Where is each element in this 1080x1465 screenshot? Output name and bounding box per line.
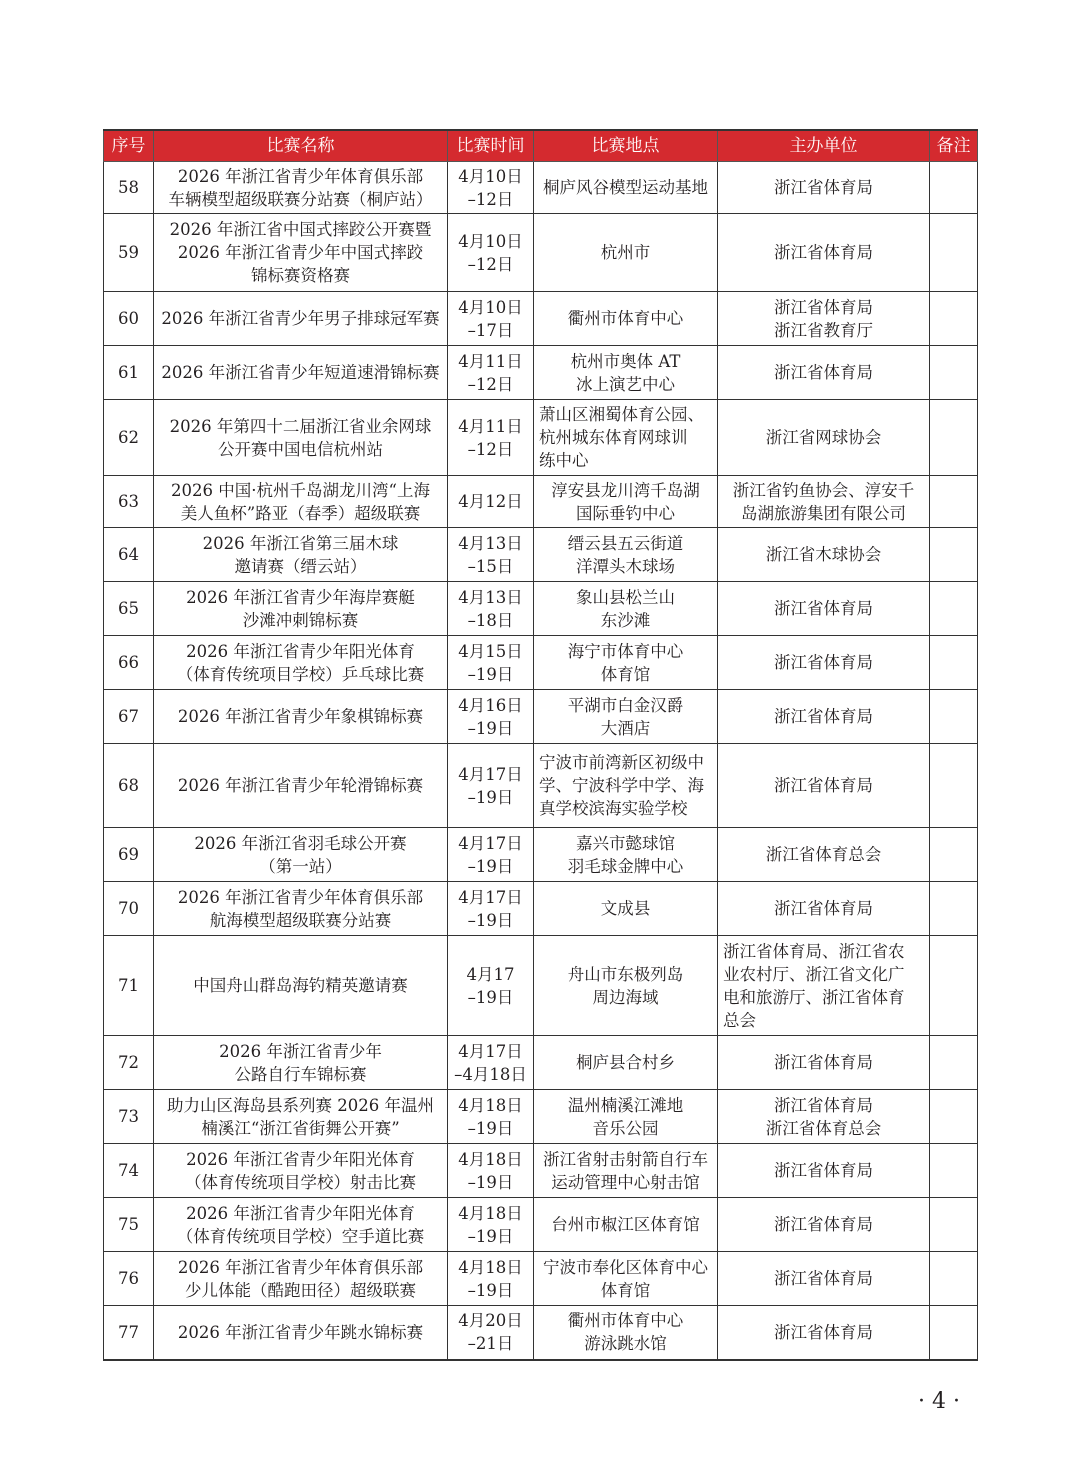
cell-remark [930, 1252, 978, 1306]
cell-time: 4月20日 –21日 [448, 1306, 534, 1360]
cell-no: 67 [104, 690, 154, 744]
cell-location: 衢州市体育中心 游泳跳水馆 [534, 1306, 718, 1360]
cell-location: 象山县松兰山 东沙滩 [534, 582, 718, 636]
cell-time: 4月17日 –19日 [448, 882, 534, 936]
cell-organizer: 浙江省体育局 浙江省教育厅 [718, 292, 930, 346]
cell-no: 76 [104, 1252, 154, 1306]
cell-name: 2026 年浙江省青少年体育俱乐部 车辆模型超级联赛分站赛（桐庐站） [154, 162, 448, 214]
cell-location: 淳安县龙川湾千岛湖 国际垂钓中心 [534, 476, 718, 528]
cell-name: 2026 年浙江省青少年阳光体育 （体育传统项目学校）乒乓球比赛 [154, 636, 448, 690]
header-remark: 备注 [930, 130, 978, 162]
table-row: 592026 年浙江省中国式摔跤公开赛暨 2026 年浙江省青少年中国式摔跤 锦… [104, 214, 978, 292]
table-row: 612026 年浙江省青少年短道速滑锦标赛4月11日 –12日杭州市奥体 AT … [104, 346, 978, 400]
cell-no: 72 [104, 1036, 154, 1090]
table-body: 582026 年浙江省青少年体育俱乐部 车辆模型超级联赛分站赛（桐庐站）4月10… [104, 162, 978, 1360]
table-row: 672026 年浙江省青少年象棋锦标赛4月16日 –19日平湖市白金汉爵 大酒店… [104, 690, 978, 744]
table-row: 632026 中国·杭州千岛湖龙川湾“上海 美人鱼杯”路亚（春季）超级联赛4月1… [104, 476, 978, 528]
cell-name: 2026 年浙江省青少年体育俱乐部 航海模型超级联赛分站赛 [154, 882, 448, 936]
cell-time: 4月11日 –12日 [448, 346, 534, 400]
cell-location: 宁波市奉化区体育中心 体育馆 [534, 1252, 718, 1306]
cell-no: 71 [104, 936, 154, 1036]
cell-organizer: 浙江省体育局 [718, 1036, 930, 1090]
cell-location: 平湖市白金汉爵 大酒店 [534, 690, 718, 744]
cell-no: 69 [104, 828, 154, 882]
table-row: 652026 年浙江省青少年海岸赛艇 沙滩冲刺锦标赛4月13日 –18日象山县松… [104, 582, 978, 636]
cell-time: 4月10日 –12日 [448, 162, 534, 214]
cell-location: 萧山区湘蜀体育公园、 杭州城东体育网球训 练中心 [534, 400, 718, 476]
cell-name: 2026 年浙江省青少年轮滑锦标赛 [154, 744, 448, 828]
cell-organizer: 浙江省木球协会 [718, 528, 930, 582]
cell-no: 66 [104, 636, 154, 690]
cell-remark [930, 346, 978, 400]
cell-remark [930, 690, 978, 744]
page-number: · 4 · [918, 1389, 960, 1414]
cell-name: 2026 年浙江省青少年跳水锦标赛 [154, 1306, 448, 1360]
cell-name: 2026 年浙江省青少年阳光体育 （体育传统项目学校）射击比赛 [154, 1144, 448, 1198]
cell-time: 4月17日 –4月18日 [448, 1036, 534, 1090]
cell-remark [930, 400, 978, 476]
cell-time: 4月16日 –19日 [448, 690, 534, 744]
cell-remark [930, 292, 978, 346]
cell-no: 65 [104, 582, 154, 636]
cell-remark [930, 828, 978, 882]
cell-organizer: 浙江省体育局 [718, 882, 930, 936]
cell-no: 60 [104, 292, 154, 346]
cell-location: 杭州市奥体 AT 冰上演艺中心 [534, 346, 718, 400]
cell-organizer: 浙江省钓鱼协会、淳安千 岛湖旅游集团有限公司 [718, 476, 930, 528]
cell-name: 2026 年第四十二届浙江省业余网球 公开赛中国电信杭州站 [154, 400, 448, 476]
cell-location: 桐庐县合村乡 [534, 1036, 718, 1090]
table-row: 682026 年浙江省青少年轮滑锦标赛4月17日 –19日宁波市前湾新区初级中 … [104, 744, 978, 828]
cell-no: 77 [104, 1306, 154, 1360]
cell-remark [930, 882, 978, 936]
cell-no: 64 [104, 528, 154, 582]
cell-time: 4月11日 –12日 [448, 400, 534, 476]
cell-name: 2026 年浙江省第三届木球 邀请赛（缙云站） [154, 528, 448, 582]
header-time: 比赛时间 [448, 130, 534, 162]
cell-organizer: 浙江省体育局 [718, 346, 930, 400]
table-row: 752026 年浙江省青少年阳光体育 （体育传统项目学校）空手道比赛4月18日 … [104, 1198, 978, 1252]
competition-schedule-table: 序号 比赛名称 比赛时间 比赛地点 主办单位 备注 582026 年浙江省青少年… [103, 129, 978, 1361]
cell-remark [930, 1198, 978, 1252]
cell-location: 舟山市东极列岛 周边海域 [534, 936, 718, 1036]
table-row: 622026 年第四十二届浙江省业余网球 公开赛中国电信杭州站4月11日 –12… [104, 400, 978, 476]
cell-organizer: 浙江省体育局 [718, 1306, 930, 1360]
cell-no: 61 [104, 346, 154, 400]
cell-time: 4月13日 –18日 [448, 582, 534, 636]
cell-remark [930, 1144, 978, 1198]
cell-location: 浙江省射击射箭自行车 运动管理中心射击馆 [534, 1144, 718, 1198]
cell-organizer: 浙江省体育局 浙江省体育总会 [718, 1090, 930, 1144]
cell-organizer: 浙江省体育局 [718, 214, 930, 292]
table-row: 772026 年浙江省青少年跳水锦标赛4月20日 –21日衢州市体育中心 游泳跳… [104, 1306, 978, 1360]
cell-remark [930, 1036, 978, 1090]
cell-no: 58 [104, 162, 154, 214]
cell-name: 2026 年浙江省青少年象棋锦标赛 [154, 690, 448, 744]
cell-location: 宁波市前湾新区初级中 学、宁波科学中学、海 真学校滨海实验学校 [534, 744, 718, 828]
cell-no: 74 [104, 1144, 154, 1198]
header-name: 比赛名称 [154, 130, 448, 162]
cell-no: 59 [104, 214, 154, 292]
cell-organizer: 浙江省体育局、浙江省农 业农村厅、浙江省文化广 电和旅游厅、浙江省体育 总会 [718, 936, 930, 1036]
cell-name: 2026 年浙江省青少年体育俱乐部 少儿体能（酷跑田径）超级联赛 [154, 1252, 448, 1306]
cell-organizer: 浙江省体育局 [718, 582, 930, 636]
header-location: 比赛地点 [534, 130, 718, 162]
cell-no: 63 [104, 476, 154, 528]
cell-time: 4月15日 –19日 [448, 636, 534, 690]
table-row: 642026 年浙江省第三届木球 邀请赛（缙云站）4月13日 –15日缙云县五云… [104, 528, 978, 582]
table-row: 662026 年浙江省青少年阳光体育 （体育传统项目学校）乒乓球比赛4月15日 … [104, 636, 978, 690]
cell-remark [930, 936, 978, 1036]
cell-name: 助力山区海岛县系列赛 2026 年温州 楠溪江“浙江省街舞公开赛” [154, 1090, 448, 1144]
header-organizer: 主办单位 [718, 130, 930, 162]
header-no: 序号 [104, 130, 154, 162]
table-row: 73助力山区海岛县系列赛 2026 年温州 楠溪江“浙江省街舞公开赛”4月18日… [104, 1090, 978, 1144]
cell-organizer: 浙江省体育局 [718, 1198, 930, 1252]
cell-location: 桐庐风谷模型运动基地 [534, 162, 718, 214]
cell-time: 4月18日 –19日 [448, 1144, 534, 1198]
cell-no: 70 [104, 882, 154, 936]
cell-no: 73 [104, 1090, 154, 1144]
cell-no: 75 [104, 1198, 154, 1252]
cell-name: 2026 年浙江省青少年男子排球冠军赛 [154, 292, 448, 346]
cell-remark [930, 528, 978, 582]
cell-location: 文成县 [534, 882, 718, 936]
cell-time: 4月12日 [448, 476, 534, 528]
cell-organizer: 浙江省网球协会 [718, 400, 930, 476]
table-header-row: 序号 比赛名称 比赛时间 比赛地点 主办单位 备注 [104, 130, 978, 162]
cell-time: 4月18日 –19日 [448, 1090, 534, 1144]
cell-time: 4月17日 –19日 [448, 828, 534, 882]
table-row: 602026 年浙江省青少年男子排球冠军赛4月10日 –17日衢州市体育中心浙江… [104, 292, 978, 346]
cell-name: 2026 年浙江省青少年 公路自行车锦标赛 [154, 1036, 448, 1090]
cell-no: 62 [104, 400, 154, 476]
cell-organizer: 浙江省体育局 [718, 744, 930, 828]
table-row: 762026 年浙江省青少年体育俱乐部 少儿体能（酷跑田径）超级联赛4月18日 … [104, 1252, 978, 1306]
cell-time: 4月10日 –12日 [448, 214, 534, 292]
cell-organizer: 浙江省体育局 [718, 1252, 930, 1306]
cell-time: 4月13日 –15日 [448, 528, 534, 582]
cell-name: 中国舟山群岛海钓精英邀请赛 [154, 936, 448, 1036]
cell-name: 2026 年浙江省青少年海岸赛艇 沙滩冲刺锦标赛 [154, 582, 448, 636]
cell-location: 海宁市体育中心 体育馆 [534, 636, 718, 690]
cell-name: 2026 年浙江省青少年短道速滑锦标赛 [154, 346, 448, 400]
cell-location: 台州市椒江区体育馆 [534, 1198, 718, 1252]
cell-location: 缙云县五云街道 洋潭头木球场 [534, 528, 718, 582]
cell-time: 4月18日 –19日 [448, 1198, 534, 1252]
cell-time: 4月18日 –19日 [448, 1252, 534, 1306]
cell-organizer: 浙江省体育局 [718, 1144, 930, 1198]
cell-name: 2026 年浙江省中国式摔跤公开赛暨 2026 年浙江省青少年中国式摔跤 锦标赛… [154, 214, 448, 292]
cell-organizer: 浙江省体育局 [718, 690, 930, 744]
cell-remark [930, 476, 978, 528]
cell-remark [930, 1090, 978, 1144]
cell-name: 2026 年浙江省青少年阳光体育 （体育传统项目学校）空手道比赛 [154, 1198, 448, 1252]
cell-remark [930, 636, 978, 690]
table-row: 702026 年浙江省青少年体育俱乐部 航海模型超级联赛分站赛4月17日 –19… [104, 882, 978, 936]
table-row: 71中国舟山群岛海钓精英邀请赛4月17 –19日舟山市东极列岛 周边海域浙江省体… [104, 936, 978, 1036]
cell-no: 68 [104, 744, 154, 828]
cell-time: 4月10日 –17日 [448, 292, 534, 346]
cell-time: 4月17日 –19日 [448, 744, 534, 828]
cell-remark [930, 214, 978, 292]
table-row: 722026 年浙江省青少年 公路自行车锦标赛4月17日 –4月18日桐庐县合村… [104, 1036, 978, 1090]
cell-time: 4月17 –19日 [448, 936, 534, 1036]
cell-location: 杭州市 [534, 214, 718, 292]
cell-organizer: 浙江省体育局 [718, 636, 930, 690]
cell-remark [930, 1306, 978, 1360]
cell-location: 衢州市体育中心 [534, 292, 718, 346]
cell-organizer: 浙江省体育局 [718, 162, 930, 214]
cell-location: 温州楠溪江滩地 音乐公园 [534, 1090, 718, 1144]
cell-name: 2026 中国·杭州千岛湖龙川湾“上海 美人鱼杯”路亚（春季）超级联赛 [154, 476, 448, 528]
cell-organizer: 浙江省体育总会 [718, 828, 930, 882]
cell-remark [930, 582, 978, 636]
cell-location: 嘉兴市懿球馆 羽毛球金牌中心 [534, 828, 718, 882]
cell-remark [930, 162, 978, 214]
cell-remark [930, 744, 978, 828]
cell-name: 2026 年浙江省羽毛球公开赛 （第一站） [154, 828, 448, 882]
table-row: 692026 年浙江省羽毛球公开赛 （第一站）4月17日 –19日嘉兴市懿球馆 … [104, 828, 978, 882]
table-row: 742026 年浙江省青少年阳光体育 （体育传统项目学校）射击比赛4月18日 –… [104, 1144, 978, 1198]
table-row: 582026 年浙江省青少年体育俱乐部 车辆模型超级联赛分站赛（桐庐站）4月10… [104, 162, 978, 214]
